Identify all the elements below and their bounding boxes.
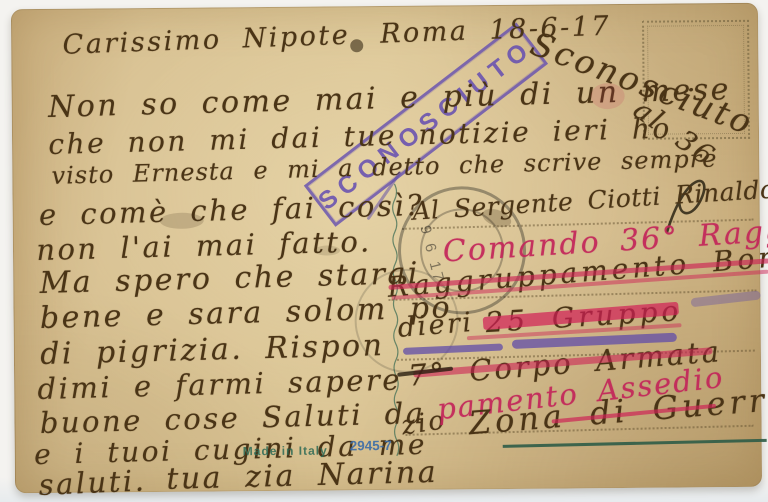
closing: saluti.	[38, 463, 147, 502]
ink-blot	[350, 39, 363, 52]
publisher-code: 2945-7	[350, 438, 392, 453]
postcard-scan: { "card": { "header": { "salutation": "C…	[0, 0, 768, 502]
made-in-italy-imprint: Made in Italy	[243, 444, 328, 459]
address-unit-line2: dieri	[397, 307, 475, 344]
printed-green-underline	[503, 439, 767, 448]
purple-scribble	[690, 290, 761, 307]
postcard: 9 6 17 SCONOSCIUTO Carissimo NipoteRoma …	[11, 3, 762, 494]
red-smudge	[591, 83, 625, 109]
signature: tua zia Narina	[166, 455, 439, 497]
salutation: Carissimo Nipote	[62, 20, 351, 61]
